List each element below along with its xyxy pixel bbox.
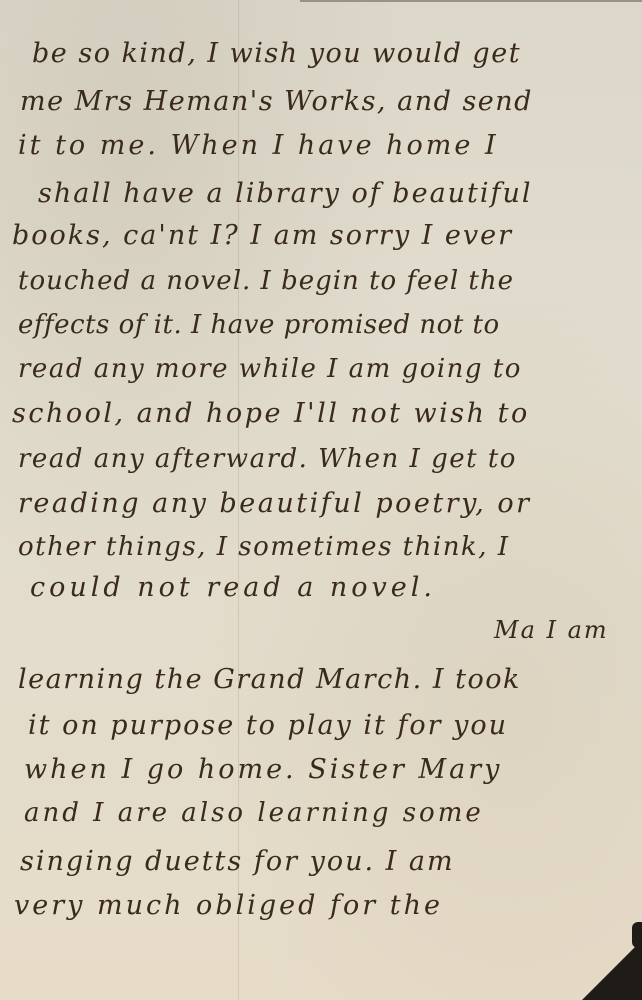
letter-line-20: very much obliged for the [14,892,443,919]
letter-line-19: singing duetts for you. I am [20,848,455,875]
letter-line-16: it on purpose to play it for you [28,712,508,739]
letter-line-5: books, ca'nt I? I am sorry I ever [12,222,513,249]
letter-line-6: touched a novel. I begin to feel the [18,268,514,294]
letter-line-9: school, and hope I'll not wish to [12,400,530,427]
letter-line-4: shall have a library of beautiful [38,180,533,207]
letter-line-2: me Mrs Heman's Works, and send [20,88,533,115]
letter-line-17: when I go home. Sister Mary [24,756,502,783]
letter-line-7: effects of it. I have promised not to [18,312,500,338]
letter-line-13: could not read a novel. [30,574,436,601]
letter-line-3: it to me. When I have home I [18,132,499,159]
letter-line-14: Ma I am [494,618,609,642]
torn-corner [582,940,642,1000]
letter-line-1: be so kind, I wish you would get [32,40,521,67]
letter-line-11: reading any beautiful poetry, or [18,490,532,517]
letter-line-15: learning the Grand March. I took [18,666,521,693]
letter-line-12: other things, I sometimes think, I [18,534,510,560]
letter-line-18: and I are also learning some [24,800,484,826]
letter-line-8: read any more while I am going to [18,356,522,382]
letter-line-10: read any afterward. When I get to [18,446,517,472]
letter-page: be so kind, I wish you would get me Mrs … [0,0,642,1000]
